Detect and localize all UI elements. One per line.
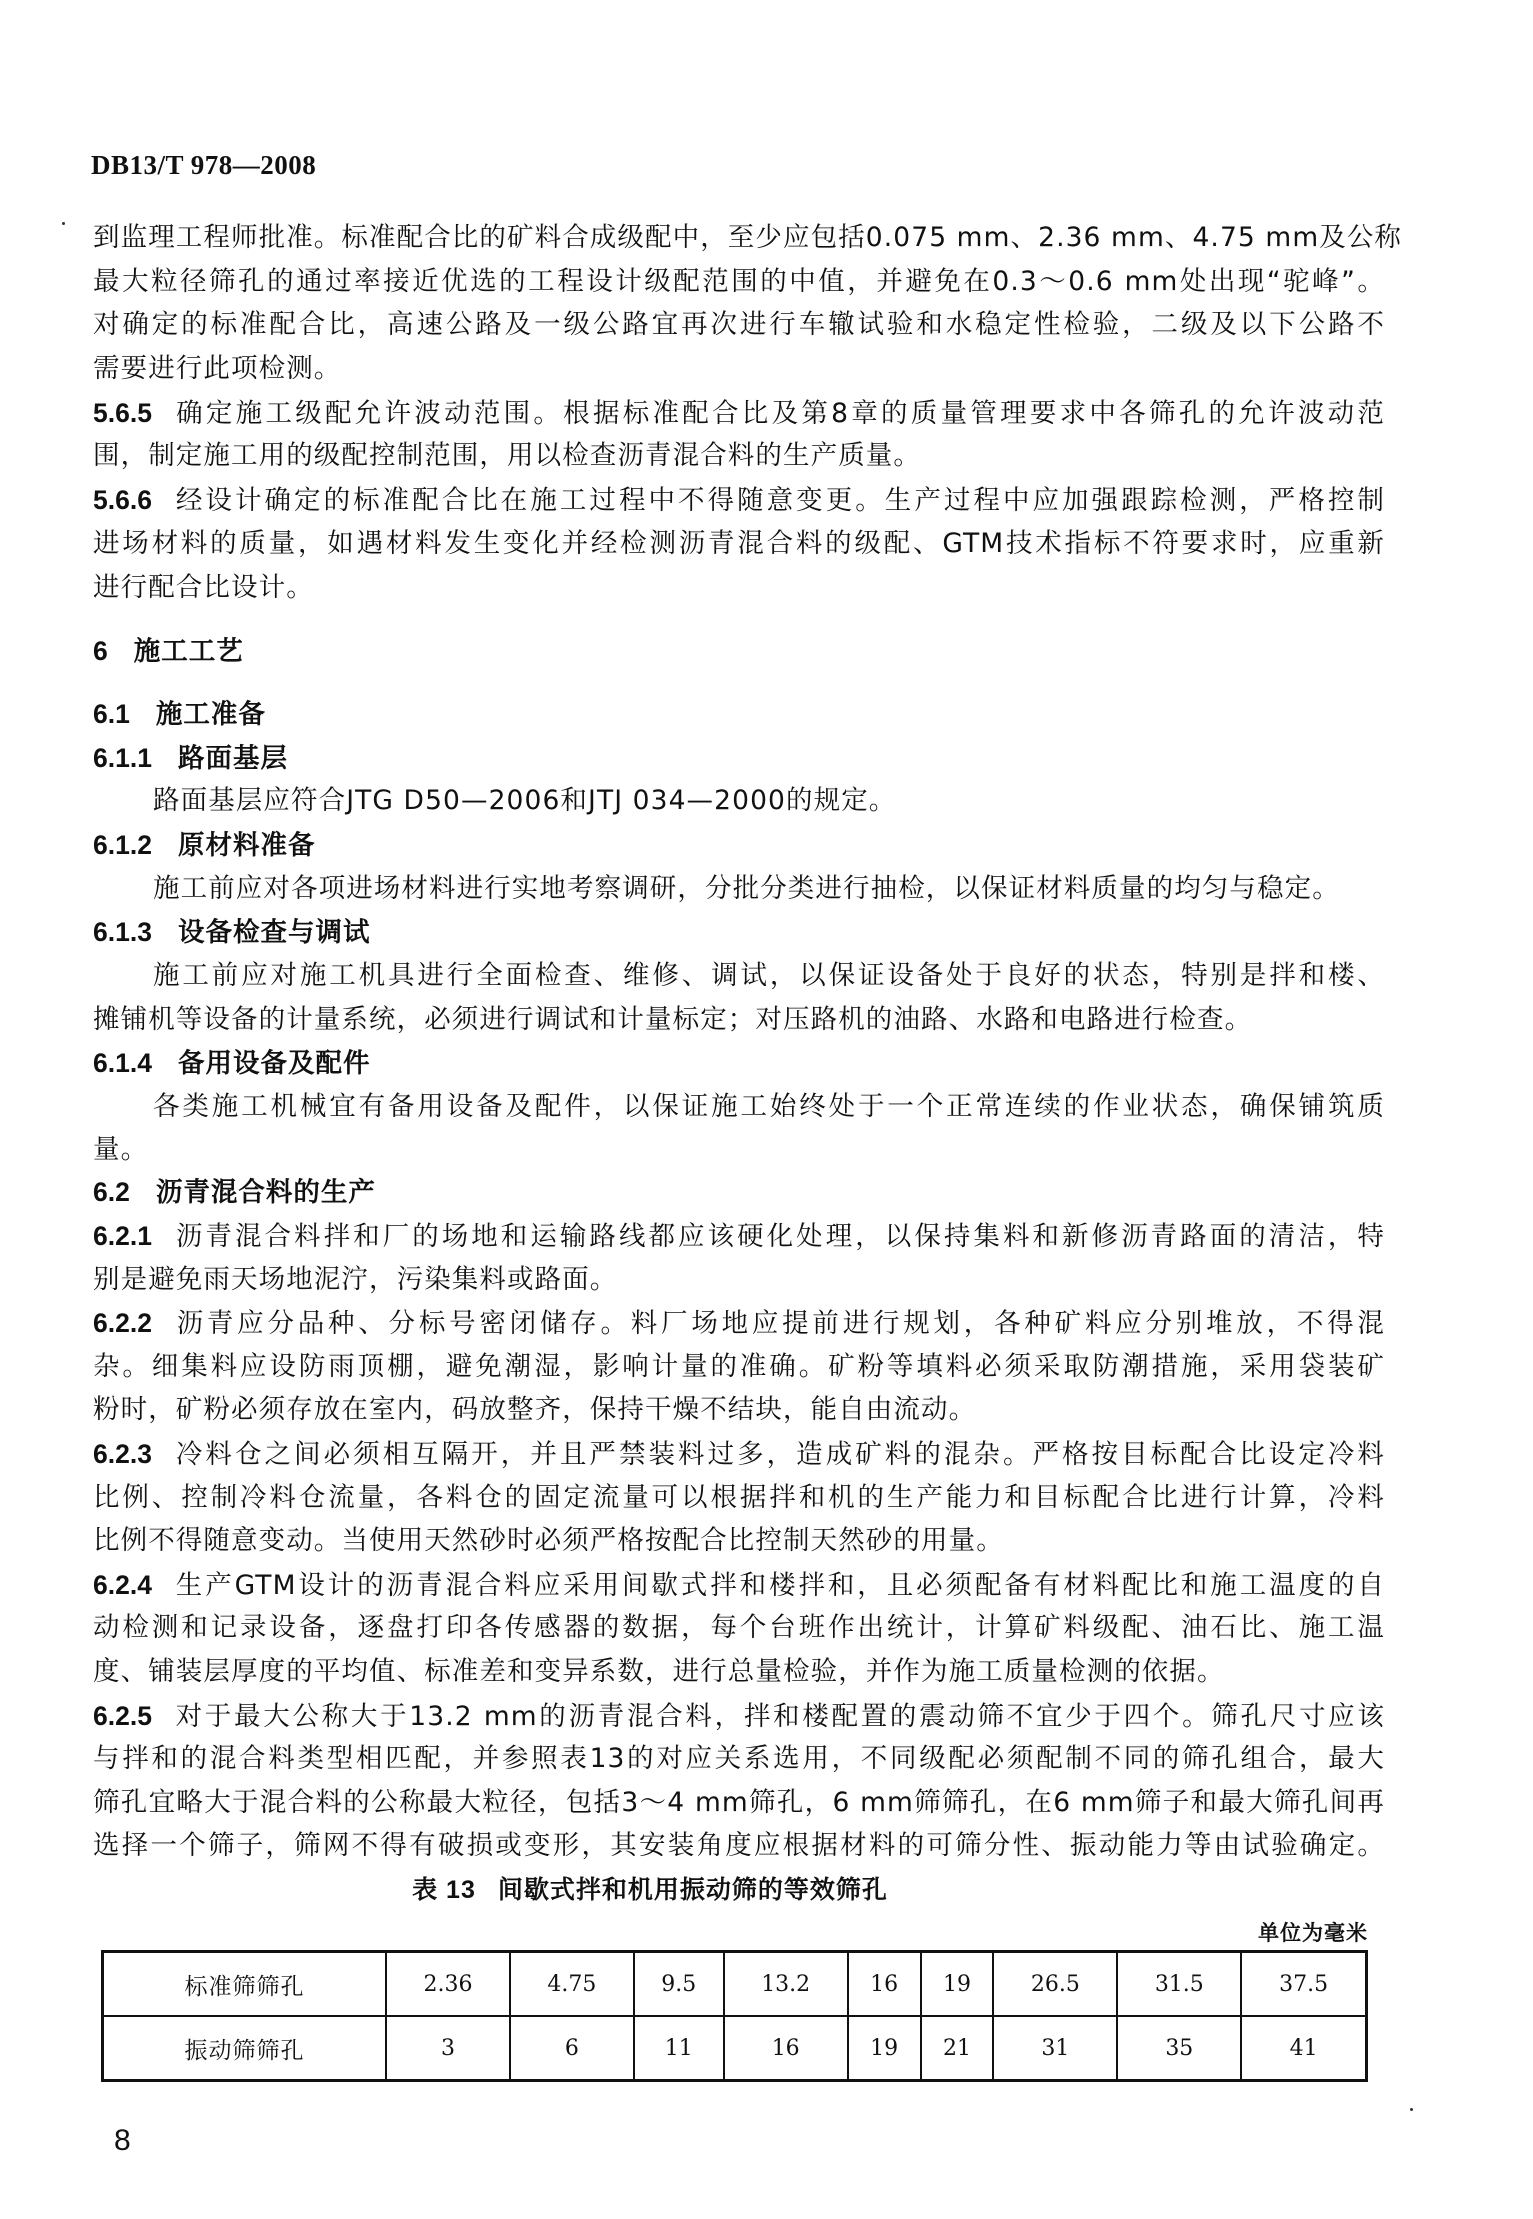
clause-number: 6.2.4 bbox=[93, 1570, 152, 1600]
document-code-header: DB13/T 978—2008 bbox=[91, 150, 316, 181]
text-line: 比例不得随意变动。当使用天然砂时必须严格按配合比控制天然砂的用量。 bbox=[93, 1519, 1385, 1563]
text-line: 进行配合比设计。 bbox=[93, 566, 1385, 610]
sieve-equivalence-table: 标准筛筛孔 2.36 4.75 9.5 13.2 16 19 26.5 31.5… bbox=[101, 1950, 1368, 2082]
table-cell: 31 bbox=[993, 2016, 1117, 2081]
line-text: 摊铺机等设备的计量系统，必须进行调试和计量标定；对压路机的油路、水路和电路进行检… bbox=[93, 1004, 1252, 1035]
text-line: 杂。细集料应设防雨顶棚，避免潮湿，影响计量的准确。矿粉等填料必须采取防潮措施，采… bbox=[93, 1345, 1385, 1389]
table-cell: 26.5 bbox=[993, 1952, 1117, 2017]
table-cell: 16 bbox=[724, 2016, 848, 2081]
text-line: 别是避免雨天场地泥泞，污染集料或路面。 bbox=[93, 1258, 1385, 1302]
line-text: 比例不得随意变动。当使用天然砂时必须严格按配合比控制天然砂的用量。 bbox=[93, 1525, 1004, 1556]
line-text: 对于最大公称大于13.2 mm的沥青混合料，拌和楼配置的震动筛不宜少于四个。筛孔… bbox=[174, 1701, 1385, 1732]
line-text: 需要进行此项检测。 bbox=[93, 353, 341, 384]
heading-title: 施工工艺 bbox=[134, 636, 244, 667]
text-line: 需要进行此项检测。 bbox=[93, 347, 1385, 391]
clause-text-line: 6.2.3冷料仓之间必须相互隔开，并且严禁装料过多，造成矿料的混杂。严格按目标配… bbox=[93, 1432, 1385, 1476]
scan-speck bbox=[62, 222, 65, 225]
line-text: 路面基层应符合JTG D50—2006和JTJ 034—2000的规定。 bbox=[153, 785, 896, 816]
table-cell: 35 bbox=[1117, 2016, 1241, 2081]
line-text: 选择一个筛子，筛网不得有破损或变形，其安装角度应根据材料的可筛分性、振动能力等由… bbox=[93, 1830, 1385, 1861]
line-text: 生产GTM设计的沥青混合料应采用间歇式拌和楼拌和，且必须配备有材料配比和施工温度… bbox=[174, 1570, 1385, 1601]
table-row-standard-sieve: 标准筛筛孔 2.36 4.75 9.5 13.2 16 19 26.5 31.5… bbox=[103, 1952, 1367, 2017]
row-label: 振动筛筛孔 bbox=[103, 2016, 387, 2081]
clause-number: 6.2.2 bbox=[93, 1308, 152, 1338]
text-line: 筛孔宜略大于混合料的公称最大粒径，包括3～4 mm筛孔，6 mm筛筛孔，在6 m… bbox=[93, 1781, 1385, 1825]
section-heading: 6.1.4备用设备及配件 bbox=[93, 1041, 370, 1085]
line-text: 各类施工机械宜有备用设备及配件，以保证施工始终处于一个正常连续的作业状态，确保铺… bbox=[153, 1091, 1385, 1122]
table-cell: 6 bbox=[510, 2016, 634, 2081]
table-cell: 13.2 bbox=[724, 1952, 848, 2017]
line-text: 量。 bbox=[93, 1134, 148, 1165]
page-number: 8 bbox=[114, 2124, 131, 2158]
line-text: 最大粒径筛孔的通过率接近优选的工程设计级配范围的中值，并避免在0.3～0.6 m… bbox=[93, 266, 1385, 297]
text-line: 施工前应对施工机具进行全面检查、维修、调试，以保证设备处于良好的状态，特别是拌和… bbox=[153, 954, 1385, 998]
line-text: 施工前应对施工机具进行全面检查、维修、调试，以保证设备处于良好的状态，特别是拌和… bbox=[153, 960, 1385, 991]
section-heading: 6.1.1路面基层 bbox=[93, 736, 288, 780]
line-text: 比例、控制冷料仓流量，各料仓的固定流量可以根据拌和机的生产能力和目标配合比进行计… bbox=[93, 1482, 1385, 1513]
heading-title: 备用设备及配件 bbox=[178, 1048, 371, 1079]
table-row-vibrating-sieve: 振动筛筛孔 3 6 11 16 19 21 31 35 41 bbox=[103, 2016, 1367, 2081]
line-text: 对确定的标准配合比，高速公路及一级公路宜再次进行车辙试验和水稳定性检验，二级及以… bbox=[93, 309, 1385, 340]
table-number: 表 13 bbox=[412, 1876, 476, 1904]
text-line: 到监理工程师批准。标准配合比的矿料合成级配中，至少应包括0.075 mm、2.3… bbox=[93, 216, 1385, 260]
clause-number: 6.1.4 bbox=[93, 1048, 152, 1078]
line-text: 动检测和记录设备，逐盘打印各传感器的数据，每个台班作出统计，计算矿料级配、油石比… bbox=[93, 1612, 1385, 1643]
table-cell: 16 bbox=[848, 1952, 921, 2017]
line-text: 围，制定施工用的级配控制范围，用以检查沥青混合料的生产质量。 bbox=[93, 440, 921, 471]
heading-title: 设备检查与调试 bbox=[178, 917, 371, 948]
line-text: 施工前应对各项进场材料进行实地考察调研，分批分类进行抽检，以保证材料质量的均匀与… bbox=[153, 873, 1340, 904]
table-cell: 41 bbox=[1241, 2016, 1366, 2081]
text-line: 路面基层应符合JTG D50—2006和JTJ 034—2000的规定。 bbox=[153, 779, 1385, 823]
text-line: 最大粒径筛孔的通过率接近优选的工程设计级配范围的中值，并避免在0.3～0.6 m… bbox=[93, 260, 1385, 304]
clause-number: 6.2.3 bbox=[93, 1439, 152, 1469]
scan-speck bbox=[1410, 2108, 1413, 2111]
line-text: 沥青混合料拌和厂的场地和运输路线都应该硬化处理，以保持集料和新修沥青路面的清洁，… bbox=[174, 1221, 1385, 1252]
text-line: 粉时，矿粉必须存放在室内，码放整齐，保持干燥不结块，能自由流动。 bbox=[93, 1388, 1385, 1432]
table-units-note: 单位为毫米 bbox=[1258, 1917, 1368, 1947]
clause-text-line: 5.6.5确定施工级配允许波动范围。根据标准配合比及第8章的质量管理要求中各筛孔… bbox=[93, 391, 1385, 435]
table-cell: 19 bbox=[921, 1952, 994, 2017]
row-label: 标准筛筛孔 bbox=[103, 1952, 387, 2017]
table-cell: 37.5 bbox=[1241, 1952, 1366, 2017]
table-cell: 11 bbox=[634, 2016, 724, 2081]
text-line: 比例、控制冷料仓流量，各料仓的固定流量可以根据拌和机的生产能力和目标配合比进行计… bbox=[93, 1476, 1385, 1520]
line-text: 筛孔宜略大于混合料的公称最大粒径，包括3～4 mm筛孔，6 mm筛筛孔，在6 m… bbox=[93, 1787, 1385, 1818]
clause-text-line: 6.2.5对于最大公称大于13.2 mm的沥青混合料，拌和楼配置的震动筛不宜少于… bbox=[93, 1694, 1385, 1738]
text-line: 量。 bbox=[93, 1128, 1385, 1172]
table-cell: 4.75 bbox=[510, 1952, 634, 2017]
heading-title: 沥青混合料的生产 bbox=[156, 1177, 376, 1208]
text-line: 选择一个筛子，筛网不得有破损或变形，其安装角度应根据材料的可筛分性、振动能力等由… bbox=[93, 1824, 1385, 1868]
heading-title: 施工准备 bbox=[156, 699, 266, 730]
text-line: 各类施工机械宜有备用设备及配件，以保证施工始终处于一个正常连续的作业状态，确保铺… bbox=[153, 1085, 1385, 1129]
line-text: 冷料仓之间必须相互隔开，并且严禁装料过多，造成矿料的混杂。严格按目标配合比设定冷… bbox=[174, 1439, 1385, 1470]
line-text: 杂。细集料应设防雨顶棚，避免潮湿，影响计量的准确。矿粉等填料必须采取防潮措施，采… bbox=[93, 1351, 1385, 1382]
clause-text-line: 5.6.6经设计确定的标准配合比在施工过程中不得随意变更。生产过程中应加强跟踪检… bbox=[93, 478, 1385, 522]
clause-number: 6.1.1 bbox=[93, 743, 152, 773]
text-line: 围，制定施工用的级配控制范围，用以检查沥青混合料的生产质量。 bbox=[93, 434, 1385, 478]
clause-number: 5.6.6 bbox=[93, 485, 152, 515]
line-text: 到监理工程师批准。标准配合比的矿料合成级配中，至少应包括0.075 mm、2.3… bbox=[93, 222, 1402, 253]
text-line: 动检测和记录设备，逐盘打印各传感器的数据，每个台班作出统计，计算矿料级配、油石比… bbox=[93, 1606, 1385, 1650]
text-line: 与拌和的混合料类型相匹配，并参照表13的对应关系选用，不同级配必须配制不同的筛孔… bbox=[93, 1737, 1385, 1781]
table-title: 间歇式拌和机用振动筛的等效筛孔 bbox=[498, 1875, 888, 1904]
heading-title: 原材料准备 bbox=[178, 830, 316, 861]
line-text: 粉时，矿粉必须存放在室内，码放整齐，保持干燥不结块，能自由流动。 bbox=[93, 1394, 976, 1425]
line-text: 进场材料的质量，如遇材料发生变化并经检测沥青混合料的级配、GTM技术指标不符要求… bbox=[93, 528, 1385, 559]
clause-number: 6.2.5 bbox=[93, 1701, 152, 1731]
section-heading: 6.1.2原材料准备 bbox=[93, 823, 315, 867]
clause-number: 6.1.2 bbox=[93, 830, 152, 860]
line-text: 进行配合比设计。 bbox=[93, 572, 314, 603]
table-cell: 21 bbox=[921, 2016, 994, 2081]
table-cell: 31.5 bbox=[1117, 1952, 1241, 2017]
clause-text-line: 6.2.2沥青应分品种、分标号密闭储存。料厂场地应提前进行规划，各种矿料应分别堆… bbox=[93, 1301, 1385, 1345]
clause-number: 6.1 bbox=[93, 699, 130, 729]
line-text: 沥青应分品种、分标号密闭储存。料厂场地应提前进行规划，各种矿料应分别堆放，不得混 bbox=[174, 1308, 1385, 1339]
table-cell: 9.5 bbox=[634, 1952, 724, 2017]
clause-text-line: 6.2.1沥青混合料拌和厂的场地和运输路线都应该硬化处理，以保持集料和新修沥青路… bbox=[93, 1214, 1385, 1258]
heading-title: 路面基层 bbox=[178, 743, 288, 774]
clause-number: 6.2.1 bbox=[93, 1221, 152, 1251]
clause-number: 5.6.5 bbox=[93, 398, 152, 428]
line-text: 与拌和的混合料类型相匹配，并参照表13的对应关系选用，不同级配必须配制不同的筛孔… bbox=[93, 1743, 1385, 1774]
text-line: 对确定的标准配合比，高速公路及一级公路宜再次进行车辙试验和水稳定性检验，二级及以… bbox=[93, 303, 1385, 347]
line-text: 确定施工级配允许波动范围。根据标准配合比及第8章的质量管理要求中各筛孔的允许波动… bbox=[174, 398, 1385, 429]
table-caption: 表 13间歇式拌和机用振动筛的等效筛孔 bbox=[0, 1870, 1300, 1906]
section-heading: 6.1.3设备检查与调试 bbox=[93, 910, 370, 954]
section-heading: 6.1施工准备 bbox=[93, 692, 266, 736]
clause-number: 6 bbox=[93, 636, 108, 666]
section-heading: 6.2沥青混合料的生产 bbox=[93, 1170, 376, 1214]
line-text: 度、铺装层厚度的平均值、标准差和变异系数，进行总量检验，并作为施工质量检测的依据… bbox=[93, 1656, 1225, 1687]
line-text: 经设计确定的标准配合比在施工过程中不得随意变更。生产过程中应加强跟踪检测，严格控… bbox=[174, 485, 1385, 516]
text-line: 摊铺机等设备的计量系统，必须进行调试和计量标定；对压路机的油路、水路和电路进行检… bbox=[93, 998, 1385, 1042]
text-line: 进场材料的质量，如遇材料发生变化并经检测沥青混合料的级配、GTM技术指标不符要求… bbox=[93, 522, 1385, 566]
clause-text-line: 6.2.4生产GTM设计的沥青混合料应采用间歇式拌和楼拌和，且必须配备有材料配比… bbox=[93, 1563, 1385, 1607]
table-cell: 2.36 bbox=[386, 1952, 510, 2017]
table-cell: 19 bbox=[848, 2016, 921, 2081]
clause-number: 6.1.3 bbox=[93, 917, 152, 947]
text-line: 施工前应对各项进场材料进行实地考察调研，分批分类进行抽检，以保证材料质量的均匀与… bbox=[153, 867, 1385, 911]
table-cell: 3 bbox=[386, 2016, 510, 2081]
text-line: 度、铺装层厚度的平均值、标准差和变异系数，进行总量检验，并作为施工质量检测的依据… bbox=[93, 1650, 1385, 1694]
clause-number: 6.2 bbox=[93, 1177, 130, 1207]
line-text: 别是避免雨天场地泥泞，污染集料或路面。 bbox=[93, 1264, 617, 1295]
section-heading: 6施工工艺 bbox=[93, 629, 244, 673]
